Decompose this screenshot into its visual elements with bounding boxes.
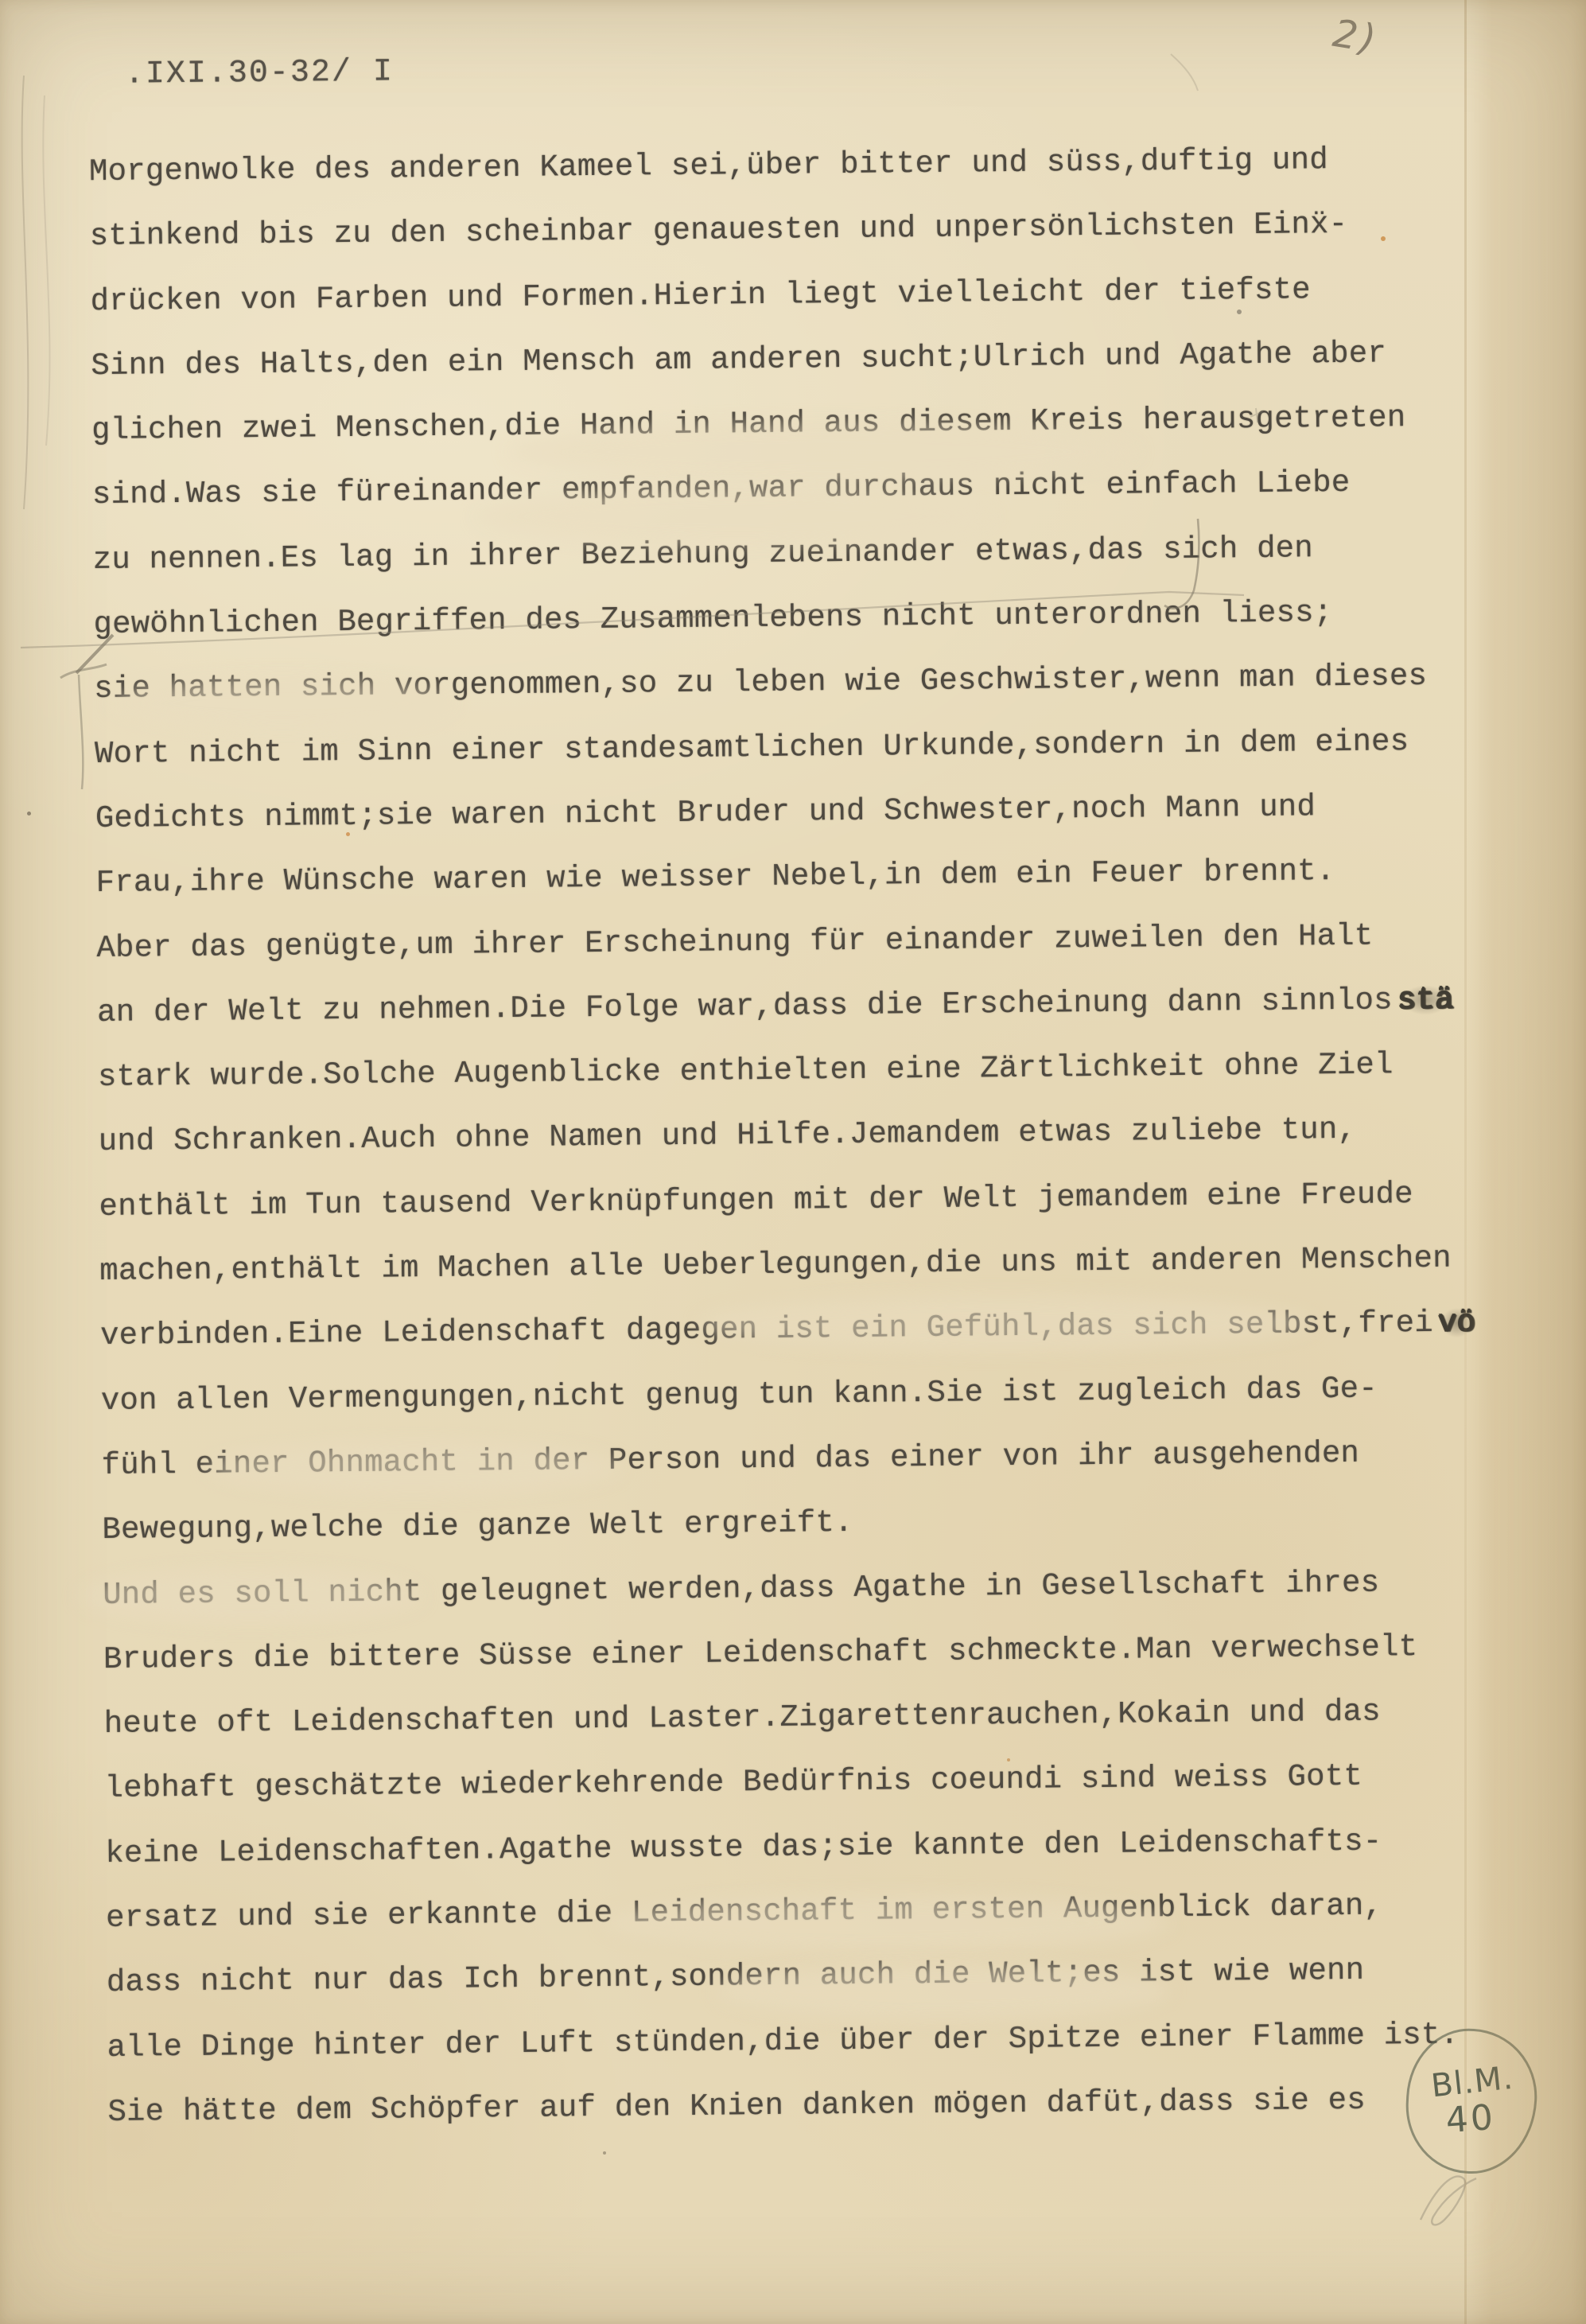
typescript-sheet: .IXI.30-32/ I Morgenwolke des anderen Ka… — [0, 0, 1586, 2324]
typescript-line-text: ersatz und sie erkannte die Leidenschaft… — [106, 1889, 1382, 1936]
archive-signature: .IXI.30-32/ I — [125, 54, 394, 92]
typescript-line-text: glichen zwei Menschen,die Hand in Hand a… — [91, 400, 1406, 448]
typescript-line-text: machen,enthält im Machen alle Ueberlegun… — [99, 1241, 1452, 1289]
overstruck-word: vö — [1438, 1306, 1476, 1341]
typescript-line-text: Aber das genügte,um ihrer Erscheinung fü… — [96, 918, 1373, 965]
collection-stamp-number: 40 — [1444, 2096, 1496, 2140]
typescript-line-text: zu nennen.Es lag in ihrer Beziehung zuei… — [93, 531, 1314, 578]
typescript-line-text: Sie hätte dem Schöpfer auf den Knien dan… — [107, 2083, 1366, 2130]
typescript-line-text: an der Welt zu nehmen.Die Folge war,dass… — [97, 983, 1393, 1030]
page-number-annotation: 2) — [1330, 11, 1382, 62]
typescript-line-text: Gedichts nimmt;sie waren nicht Bruder un… — [95, 789, 1316, 836]
typescript-line-text: verbinden.Eine Leidenschaft dagegen ist … — [100, 1306, 1433, 1353]
typescript-line-text: und Schranken.Auch ohne Namen und Hilfe.… — [99, 1112, 1357, 1159]
typescript-line-text: enthält im Tun tausend Verknüpfungen mit… — [99, 1177, 1413, 1224]
typescript-line-text: heute oft Leidenschaften und Laster.Ziga… — [104, 1695, 1381, 1742]
typescript-line-text: von allen Vermengungen,nicht genug tun k… — [101, 1371, 1378, 1418]
typescript-line-text: Bruders die bittere Süsse einer Leidensc… — [103, 1629, 1418, 1677]
typescript-line-text: keine Leidenschaften.Agathe wusste das;s… — [105, 1824, 1382, 1870]
typescript-line-text: Frau,ihre Wünsche waren wie weisser Nebe… — [95, 854, 1335, 901]
typescript-line-text: Wort nicht im Sinn einer standesamtliche… — [95, 724, 1409, 772]
typescript-line-text: sind.Was sie füreinander empfanden,war d… — [92, 465, 1351, 512]
typescript-line: Sie hätte dem Schöpfer auf den Knien dan… — [107, 2067, 1524, 2145]
typescript-line-text: Und es soll nicht geleugnet werden,dass … — [103, 1565, 1379, 1612]
typescript-line-text: stinkend bis zu den scheinbar genauesten… — [90, 207, 1348, 254]
typescript-line-text: fühl einer Ohnmacht in der Person und da… — [101, 1436, 1359, 1483]
typescript-line: fühl einer Ohnmacht in der Person und da… — [101, 1420, 1518, 1498]
typescript-line-text: Morgenwolke des anderen Kameel sei,über … — [89, 142, 1328, 189]
typescript-line-text: gewöhnlichen Begriffen des Zusammenleben… — [93, 595, 1332, 642]
typescript-line-text: sie hatten sich vorgenommen,so zu leben … — [94, 659, 1427, 707]
typescript-line-text: drücken von Farben und Formen.Hierin lie… — [90, 272, 1311, 319]
overstruck-word: stä — [1397, 983, 1454, 1018]
typescript-body: Morgenwolke des anderen Kameel sei,über … — [89, 127, 1524, 2145]
typescript-line-text: stark wurde.Solche Augenblicke enthielte… — [98, 1048, 1394, 1096]
typescript-line-text: Sinn des Halts,den ein Mensch am anderen… — [91, 336, 1386, 383]
typescript-line-text: lebhaft geschätzte wiederkehrende Bedürf… — [104, 1759, 1362, 1806]
manuscript-page: .IXI.30-32/ I Morgenwolke des anderen Ka… — [0, 0, 1586, 2324]
collection-stamp-text: Bl.M. — [1429, 2059, 1515, 2104]
typescript-line-text: alle Dinge hinter der Luft stünden,die ü… — [107, 2017, 1459, 2065]
typescript-line-text: Bewegung,welche die ganze Welt ergreift. — [102, 1505, 853, 1547]
typescript-line-text: dass nicht nur das Ich brennt,sondern au… — [107, 1953, 1365, 2000]
